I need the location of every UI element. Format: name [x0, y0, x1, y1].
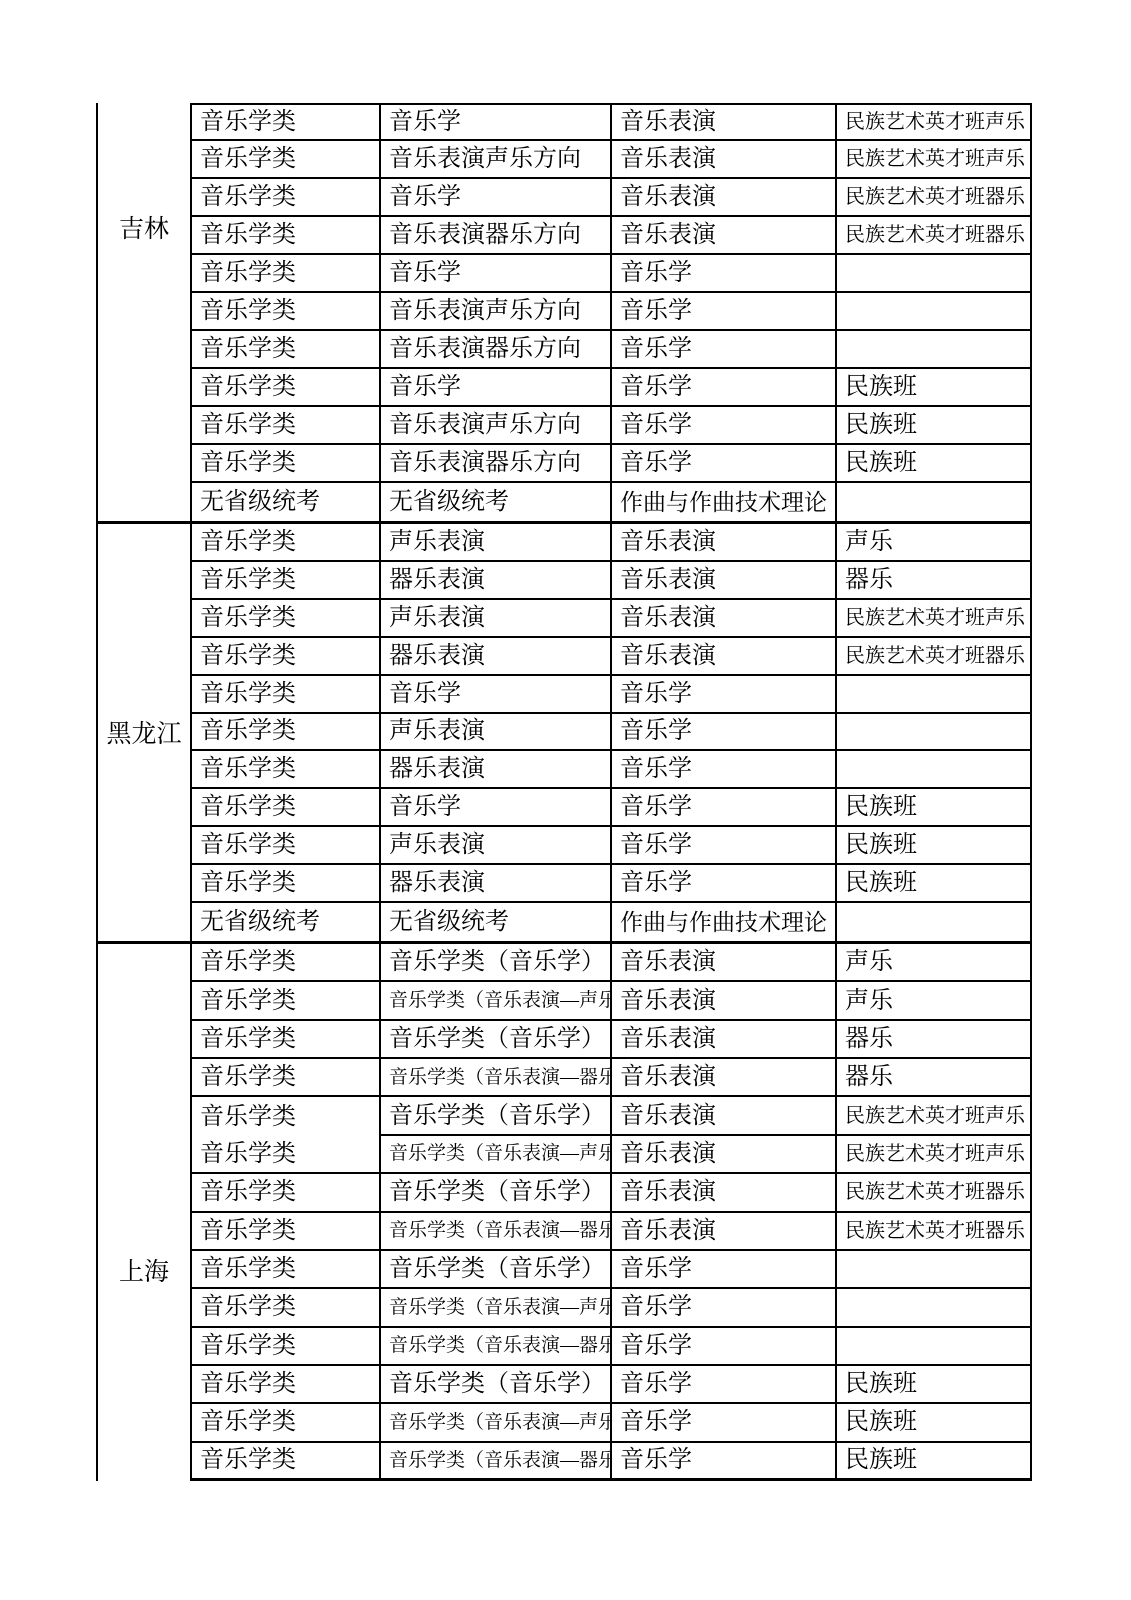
cell-major: 音乐学 [612, 1404, 837, 1442]
cell-note: 器乐 [837, 1021, 1032, 1059]
cell-note [837, 903, 1032, 941]
cell-major: 音乐表演 [612, 141, 837, 179]
cell-major: 音乐学 [612, 445, 837, 483]
cell-subcategory: 音乐学类（音乐学） [381, 1366, 612, 1404]
cell-note: 声乐 [837, 944, 1032, 982]
cell-subcategory: 音乐学 [381, 369, 612, 407]
cell-major: 音乐表演 [612, 1136, 837, 1174]
cell-category: 无省级统考 [190, 483, 381, 521]
cell-category: 无省级统考 [190, 903, 381, 941]
cell-category: 音乐学类 [190, 1213, 381, 1251]
cell-category: 音乐学类 [190, 179, 381, 217]
cell-major: 音乐学 [612, 407, 837, 445]
cell-note: 民族班 [837, 1366, 1032, 1404]
cell-note: 民族艺术英才班器乐 [837, 638, 1032, 676]
cell-subcategory: 器乐表演 [381, 562, 612, 600]
cell-note: 民族艺术英才班器乐 [837, 217, 1032, 255]
cell-note: 民族艺术英才班声乐 [837, 600, 1032, 638]
cell-major: 音乐学 [612, 293, 837, 331]
cell-subcategory: 音乐表演声乐方向 [381, 141, 612, 179]
cell-subcategory: 音乐表演器乐方向 [381, 331, 612, 369]
cell-category: 音乐学类 [190, 331, 381, 369]
cell-subcategory: 音乐表演声乐方向 [381, 407, 612, 445]
cell-note [837, 714, 1032, 752]
cell-major: 音乐学 [612, 1289, 837, 1327]
cell-major: 音乐表演 [612, 103, 837, 141]
cell-subcategory: 音乐学 [381, 103, 612, 141]
cell-subcategory: 器乐表演 [381, 638, 612, 676]
province-label: 吉林 [98, 213, 190, 247]
cell-subcategory: 音乐学类（音乐学） [381, 1174, 612, 1212]
cell-major: 音乐学 [612, 1366, 837, 1404]
cell-major: 音乐表演 [612, 179, 837, 217]
cell-major: 音乐表演 [612, 982, 837, 1020]
province-section-1: 黑龙江音乐学类声乐表演音乐表演声乐音乐学类器乐表演音乐表演器乐音乐学类声乐表演音… [96, 524, 1032, 944]
cell-major: 音乐学 [612, 676, 837, 714]
cell-major: 音乐学 [612, 1443, 837, 1481]
cell-major: 音乐学 [612, 865, 837, 903]
cell-category: 音乐学类 [190, 524, 381, 562]
cell-category: 音乐学类 [190, 751, 381, 789]
cell-major: 音乐学 [612, 331, 837, 369]
cell-category: 音乐学类 [190, 1174, 381, 1212]
cell-major: 作曲与作曲技术理论 [612, 483, 837, 521]
cell-subcategory: 音乐表演器乐方向 [381, 445, 612, 483]
cell-category: 音乐学类 [190, 1097, 381, 1135]
cell-subcategory: 音乐学类（音乐表演—器乐 [381, 1059, 612, 1097]
cell-note: 民族艺术英才班声乐 [837, 103, 1032, 141]
cell-note: 民族艺术英才班器乐 [837, 179, 1032, 217]
cell-category: 音乐学类 [190, 407, 381, 445]
cell-note [837, 255, 1032, 293]
cell-subcategory: 器乐表演 [381, 865, 612, 903]
cell-major: 音乐表演 [612, 600, 837, 638]
cell-note [837, 293, 1032, 331]
cell-note: 民族艺术英才班声乐 [837, 1136, 1032, 1174]
cell-major: 音乐表演 [612, 524, 837, 562]
cell-note: 民族艺术英才班声乐 [837, 141, 1032, 179]
cell-category: 音乐学类 [190, 789, 381, 827]
cell-major: 音乐表演 [612, 1021, 837, 1059]
cell-note: 声乐 [837, 524, 1032, 562]
cell-category: 音乐学类 [190, 1021, 381, 1059]
cell-note [837, 1251, 1032, 1289]
cell-major: 音乐表演 [612, 638, 837, 676]
cell-category: 音乐学类 [190, 1136, 381, 1174]
cell-note: 声乐 [837, 982, 1032, 1020]
cell-category: 音乐学类 [190, 714, 381, 752]
cell-subcategory: 音乐学类（音乐学） [381, 944, 612, 982]
cell-note: 民族班 [837, 789, 1032, 827]
cell-major: 音乐学 [612, 1328, 837, 1366]
cell-note: 民族班 [837, 369, 1032, 407]
document-page: 吉林音乐学类音乐学音乐表演民族艺术英才班声乐音乐学类音乐表演声乐方向音乐表演民族… [0, 0, 1131, 1600]
cell-subcategory: 音乐学类（音乐表演—器乐 [381, 1443, 612, 1481]
cell-subcategory: 无省级统考 [381, 483, 612, 521]
cell-category: 音乐学类 [190, 600, 381, 638]
cell-major: 音乐表演 [612, 944, 837, 982]
cell-note: 民族艺术英才班声乐 [837, 1097, 1032, 1135]
cell-category: 音乐学类 [190, 255, 381, 293]
cell-category: 音乐学类 [190, 445, 381, 483]
cell-major: 音乐表演 [612, 1059, 837, 1097]
cell-subcategory: 音乐表演声乐方向 [381, 293, 612, 331]
cell-note: 器乐 [837, 562, 1032, 600]
cell-major: 音乐学 [612, 714, 837, 752]
cell-subcategory: 音乐学类（音乐表演—声乐 [381, 1289, 612, 1327]
cell-major: 音乐表演 [612, 217, 837, 255]
cell-category: 音乐学类 [190, 369, 381, 407]
cell-note [837, 1328, 1032, 1366]
cell-subcategory: 声乐表演 [381, 524, 612, 562]
province-section-2: 上海音乐学类音乐学类（音乐学）音乐表演声乐音乐学类音乐学类（音乐表演—声乐音乐表… [96, 944, 1032, 1481]
cell-category: 音乐学类 [190, 293, 381, 331]
cell-category: 音乐学类 [190, 982, 381, 1020]
cell-major: 作曲与作曲技术理论 [612, 903, 837, 941]
cell-major: 音乐表演 [612, 1174, 837, 1212]
cell-subcategory: 音乐学类（音乐表演—器乐 [381, 1213, 612, 1251]
cell-subcategory: 音乐学类（音乐学） [381, 1021, 612, 1059]
cell-category: 音乐学类 [190, 676, 381, 714]
province-cell: 黑龙江 [96, 524, 190, 941]
cell-subcategory: 音乐学类（音乐表演—声乐 [381, 1404, 612, 1442]
cell-major: 音乐学 [612, 751, 837, 789]
cell-note: 民族班 [837, 445, 1032, 483]
cell-subcategory: 音乐学类（音乐学） [381, 1251, 612, 1289]
cell-note [837, 331, 1032, 369]
cell-category: 音乐学类 [190, 1059, 381, 1097]
cell-category: 音乐学类 [190, 944, 381, 982]
cell-subcategory: 音乐学类（音乐学） [381, 1097, 612, 1135]
province-cell: 上海 [96, 944, 190, 1481]
cell-subcategory: 音乐学 [381, 789, 612, 827]
cell-major: 音乐表演 [612, 1097, 837, 1135]
cell-subcategory: 音乐学 [381, 676, 612, 714]
cell-subcategory: 音乐学 [381, 255, 612, 293]
cell-subcategory: 音乐学 [381, 179, 612, 217]
cell-category: 音乐学类 [190, 103, 381, 141]
cell-note [837, 483, 1032, 521]
province-section-0: 吉林音乐学类音乐学音乐表演民族艺术英才班声乐音乐学类音乐表演声乐方向音乐表演民族… [96, 103, 1032, 524]
cell-category: 音乐学类 [190, 865, 381, 903]
cell-category: 音乐学类 [190, 1289, 381, 1327]
cell-note [837, 676, 1032, 714]
cell-category: 音乐学类 [190, 562, 381, 600]
cell-category: 音乐学类 [190, 1366, 381, 1404]
cell-category: 音乐学类 [190, 638, 381, 676]
cell-subcategory: 音乐学类（音乐表演—声乐 [381, 1136, 612, 1174]
cell-category: 音乐学类 [190, 141, 381, 179]
cell-category: 音乐学类 [190, 827, 381, 865]
cell-major: 音乐学 [612, 1251, 837, 1289]
cell-note: 器乐 [837, 1059, 1032, 1097]
cell-note: 民族班 [837, 865, 1032, 903]
cell-category: 音乐学类 [190, 217, 381, 255]
cell-subcategory: 无省级统考 [381, 903, 612, 941]
cell-subcategory: 器乐表演 [381, 751, 612, 789]
province-label: 黑龙江 [98, 718, 190, 752]
cell-major: 音乐学 [612, 369, 837, 407]
province-label: 上海 [98, 1256, 190, 1290]
cell-subcategory: 音乐学类（音乐表演—器乐 [381, 1328, 612, 1366]
cell-category: 音乐学类 [190, 1404, 381, 1442]
exam-categories-table: 吉林音乐学类音乐学音乐表演民族艺术英才班声乐音乐学类音乐表演声乐方向音乐表演民族… [96, 103, 1032, 1481]
cell-subcategory: 音乐学类（音乐表演—声乐 [381, 982, 612, 1020]
cell-note [837, 1289, 1032, 1327]
cell-note [837, 751, 1032, 789]
cell-note: 民族班 [837, 407, 1032, 445]
cell-major: 音乐学 [612, 255, 837, 293]
cell-note: 民族班 [837, 1404, 1032, 1442]
cell-subcategory: 声乐表演 [381, 600, 612, 638]
cell-major: 音乐表演 [612, 562, 837, 600]
cell-major: 音乐表演 [612, 1213, 837, 1251]
cell-note: 民族班 [837, 1443, 1032, 1481]
cell-note: 民族班 [837, 827, 1032, 865]
cell-category: 音乐学类 [190, 1251, 381, 1289]
cell-subcategory: 音乐表演器乐方向 [381, 217, 612, 255]
cell-note: 民族艺术英才班器乐 [837, 1174, 1032, 1212]
province-cell: 吉林 [96, 103, 190, 521]
cell-subcategory: 声乐表演 [381, 714, 612, 752]
cell-major: 音乐学 [612, 827, 837, 865]
cell-category: 音乐学类 [190, 1328, 381, 1366]
cell-category: 音乐学类 [190, 1443, 381, 1481]
cell-note: 民族艺术英才班器乐 [837, 1213, 1032, 1251]
cell-subcategory: 声乐表演 [381, 827, 612, 865]
cell-major: 音乐学 [612, 789, 837, 827]
